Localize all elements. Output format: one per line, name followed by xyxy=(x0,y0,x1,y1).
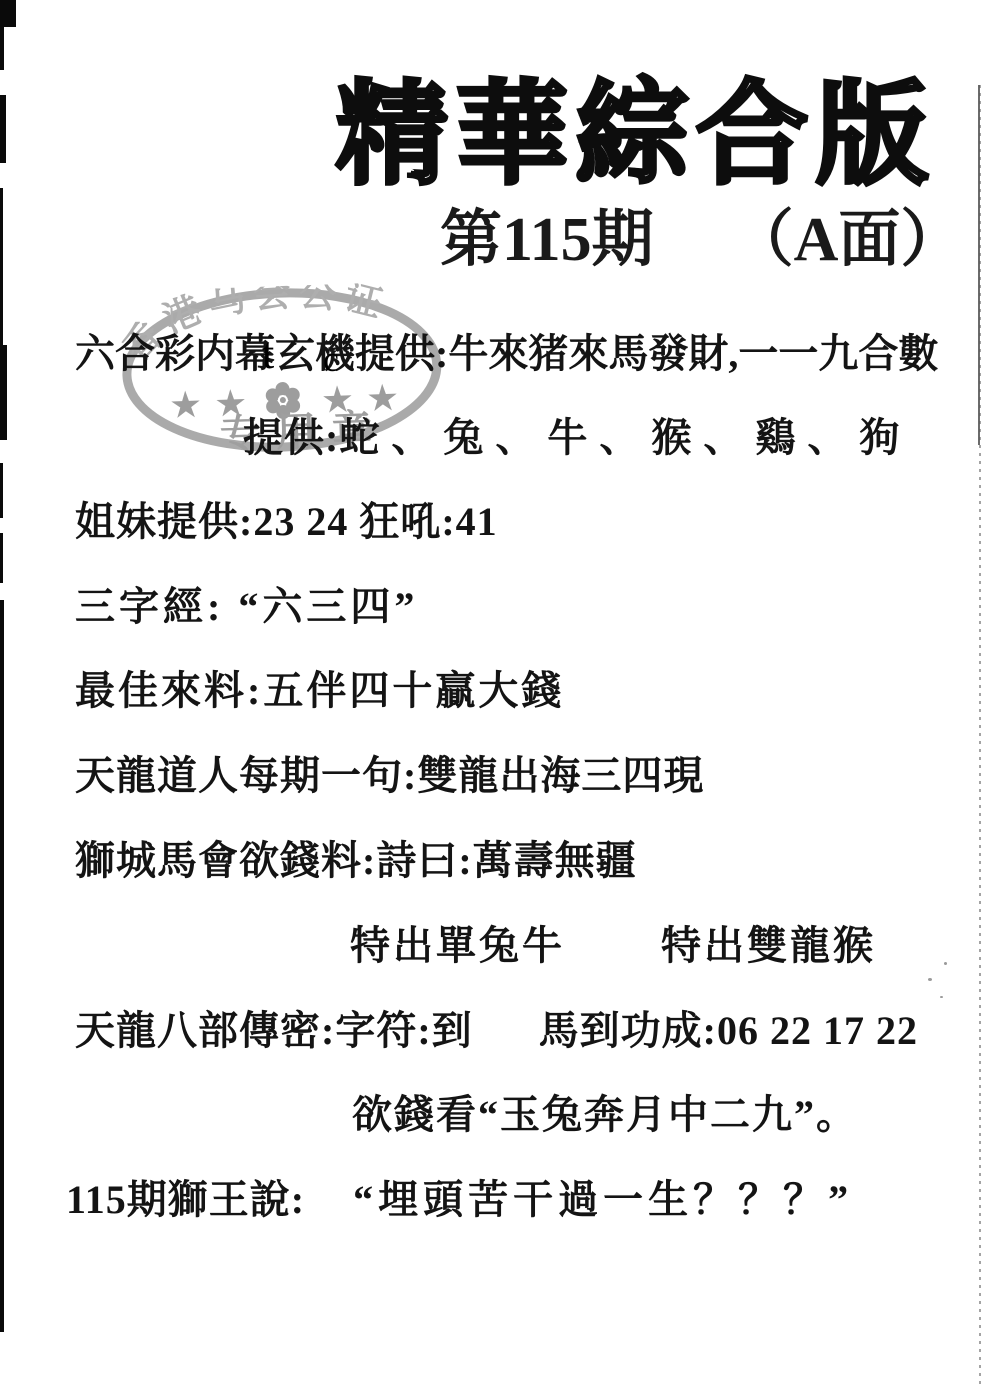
line-sisters-numbers: 姐妹提供:23 24 狂吼:41 xyxy=(75,498,498,546)
watermark-letter-t: t xyxy=(262,328,274,379)
tianlong-left: 天龍八部傳密:字符:到 xyxy=(75,1008,473,1053)
provide-label: 提供: xyxy=(243,415,339,460)
scan-artifact-left-7 xyxy=(0,533,3,583)
line-best-tip: 最佳來料:五伴四十贏大錢 xyxy=(75,667,564,715)
line-money-quote: 欲錢看“玉兔奔月中二九”。 xyxy=(352,1091,858,1139)
scanned-lottery-sheet: { "header": { "title": "精華綜合版", "issue":… xyxy=(0,0,983,1388)
lion-king-label: 115期獅王說: xyxy=(66,1177,305,1222)
scan-artifact-left-6 xyxy=(0,463,3,518)
scan-artifact-left-2 xyxy=(0,27,4,70)
scan-artifact-left-8 xyxy=(0,600,4,700)
line-tianlong-secret: 天龍八部傳密:字符:到馬到功成:06 22 17 22 xyxy=(75,1007,918,1055)
special-single: 特出單兔牛 xyxy=(350,923,565,968)
line-provide-animals: 提供:蛇、兔、牛、猴、鷄、狗 xyxy=(243,414,911,462)
line-three-word-classic: 三字經: “六三四” xyxy=(75,583,418,631)
scan-speck xyxy=(944,962,947,965)
scan-speck xyxy=(928,978,932,981)
line-lion-king: 115期獅王說:“埋頭苦干過一生？？？” xyxy=(66,1176,853,1224)
scan-artifact-left-9 xyxy=(0,700,4,1332)
line-dragon-monk: 天龍道人每期一句:雙龍出海三四現 xyxy=(75,752,704,800)
issue-line: 第115期（A面） xyxy=(440,206,962,274)
scan-artifact-left-5 xyxy=(0,345,7,440)
special-double: 特出雙龍猴 xyxy=(661,923,876,968)
lion-king-quote: “埋頭苦干過一生？？？” xyxy=(353,1177,853,1222)
scan-artifact-left-4 xyxy=(0,188,3,345)
scan-artifact-left-3 xyxy=(0,95,6,163)
page-title: 精華綜合版 xyxy=(336,72,936,201)
line-special-picks: 特出單兔牛特出雙龍猴 xyxy=(350,922,876,970)
scan-speck xyxy=(940,996,943,998)
issue-number: 第115期 xyxy=(440,206,654,274)
scan-artifact-right-dotted xyxy=(979,85,981,1385)
tianlong-numbers: 馬到功成:06 22 17 22 xyxy=(539,1008,918,1053)
provide-animals: 蛇、兔、牛、猴、鷄、狗 xyxy=(339,415,911,460)
line-insider-tip: 六合彩内幕玄機提供:牛來猪來馬發財,一一九合數 xyxy=(75,330,938,378)
side-label: （A面） xyxy=(732,206,963,274)
line-lion-city-poem: 獅城馬會欲錢料:詩曰:萬壽無疆 xyxy=(75,837,637,885)
scan-artifact-left-1 xyxy=(0,0,16,27)
watermark-letter-c: c xyxy=(323,338,339,380)
